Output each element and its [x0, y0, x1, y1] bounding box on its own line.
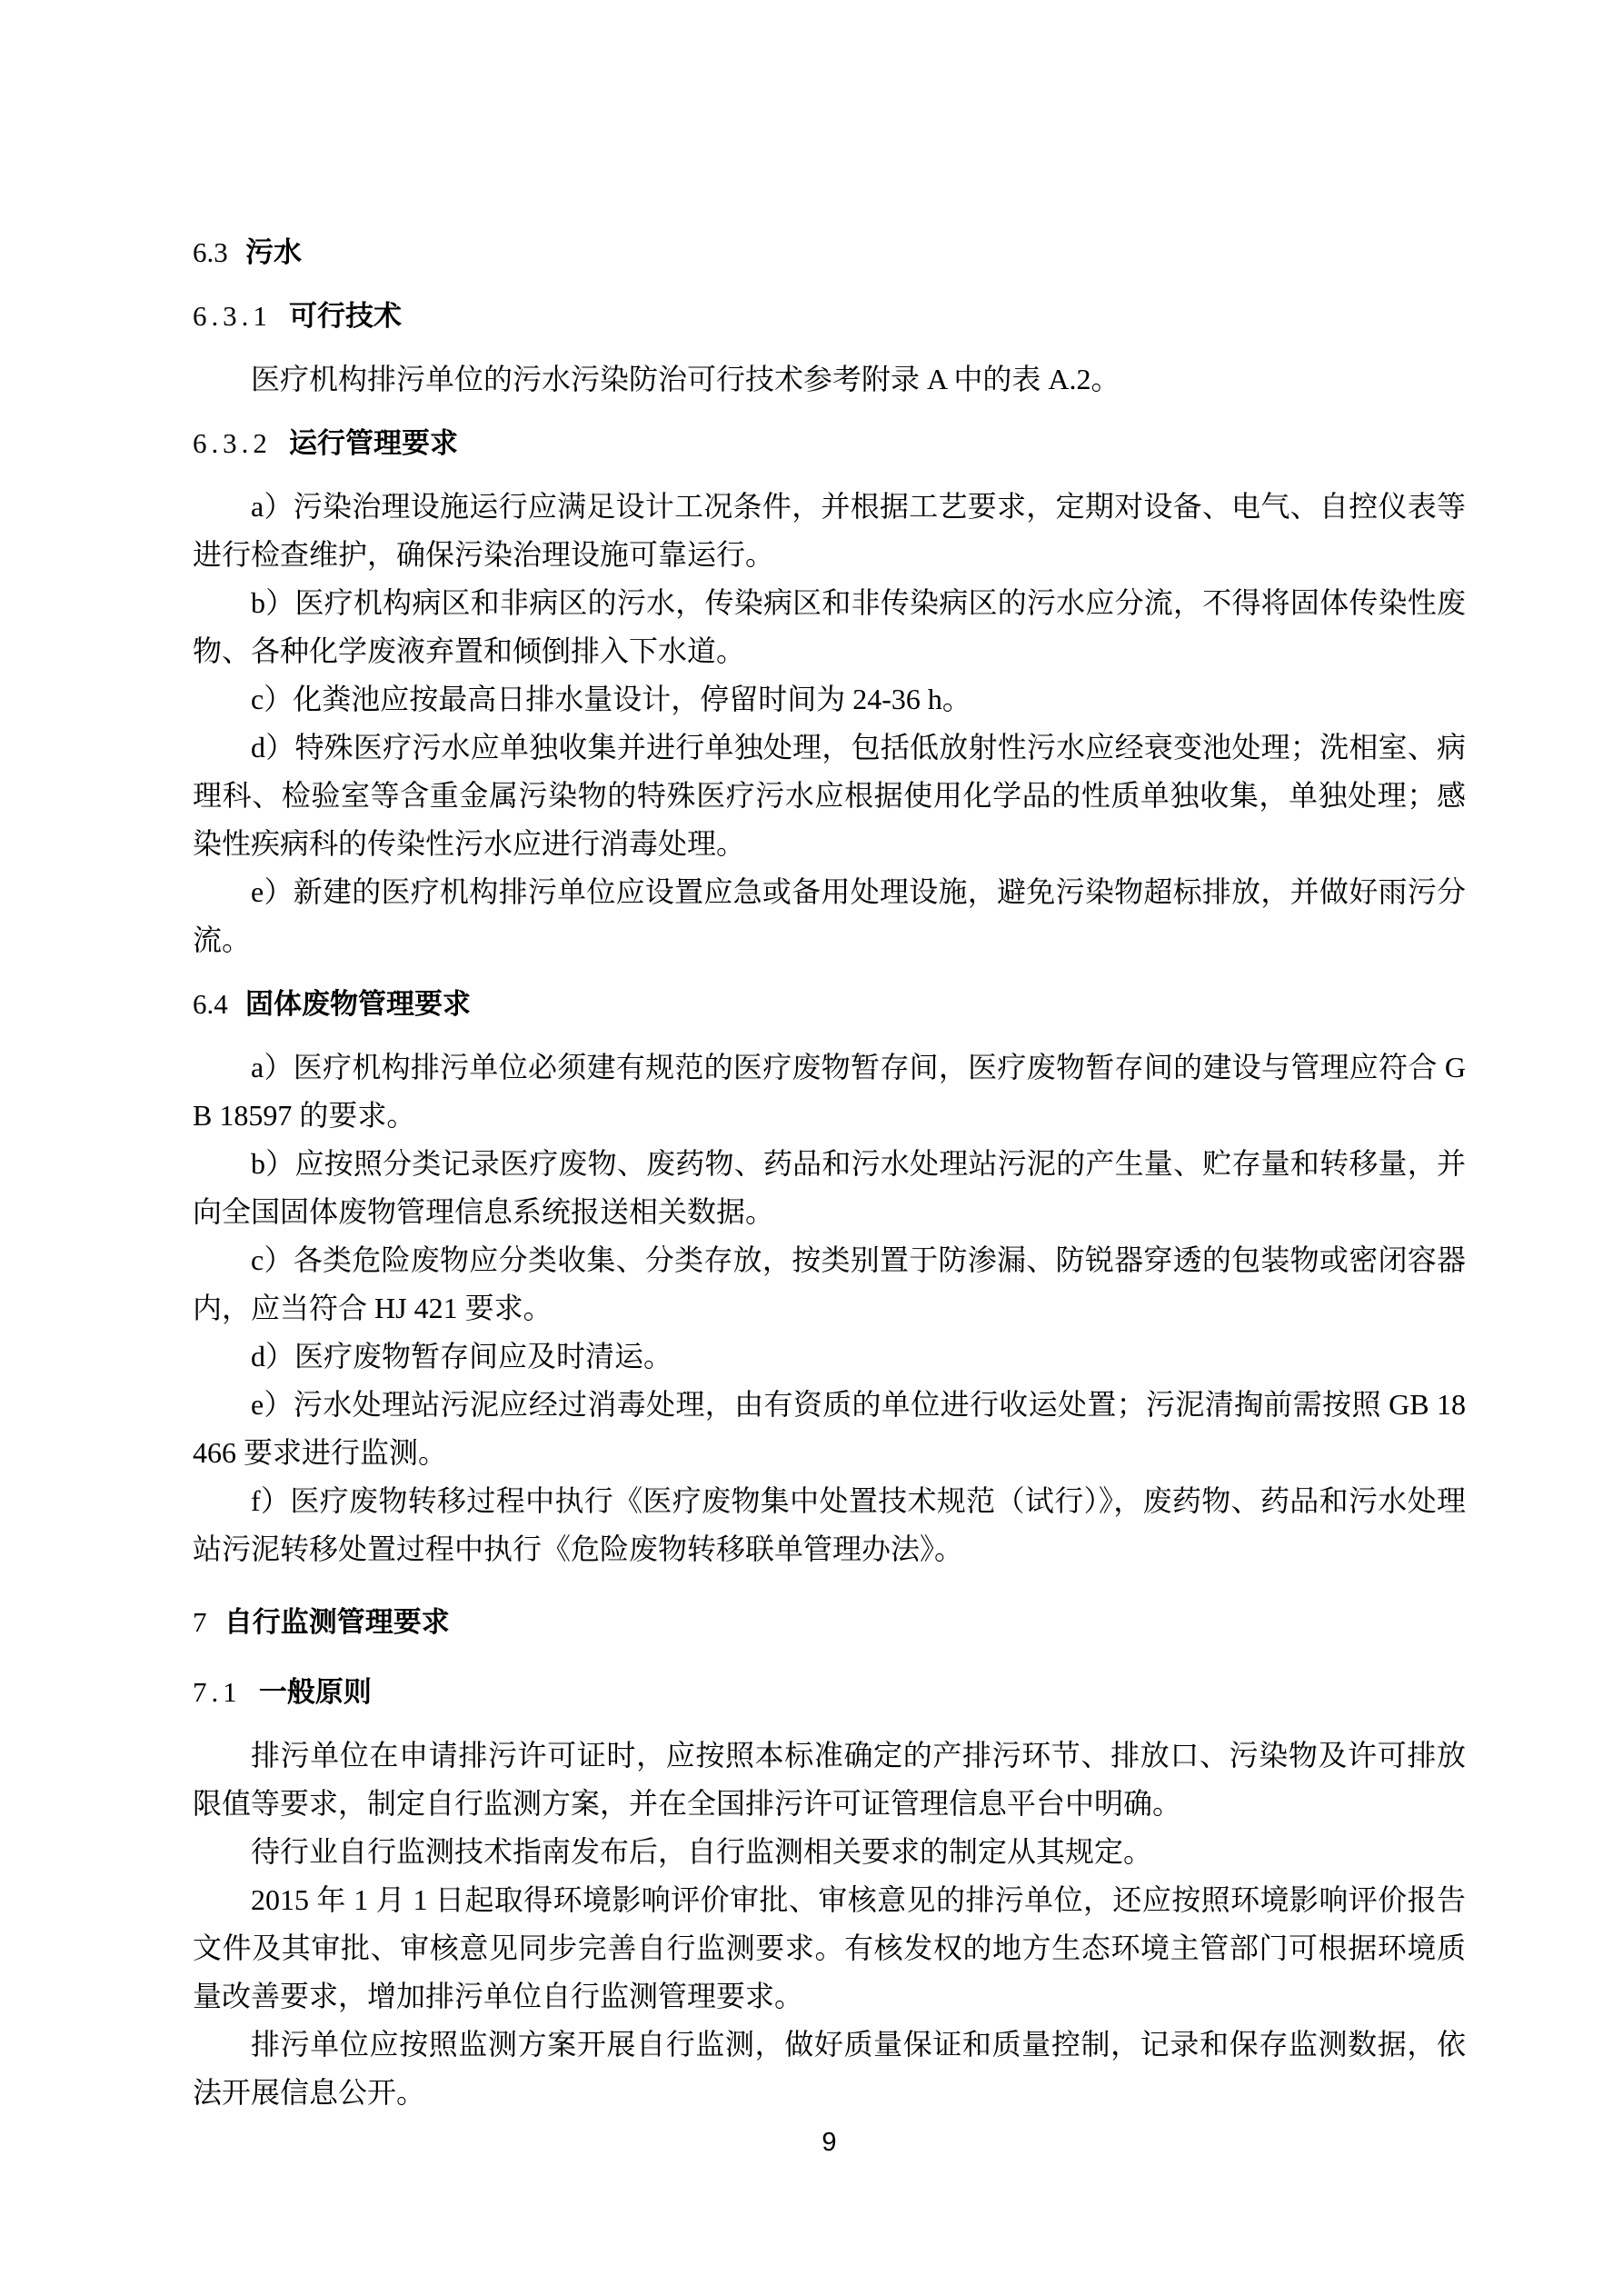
heading-7-number: 7 — [193, 1606, 207, 1638]
para-self-monitoring-plan: 排污单位在申请排污许可证时，应按照本标准确定的产排污环节、排放口、污染物及许可排… — [193, 1732, 1466, 1828]
page-number: 9 — [193, 2119, 1466, 2167]
list-item-6-3-2-b: b）医疗机构病区和非病区的污水，传染病区和非传染病区的污水应分流，不得将固体传染… — [193, 579, 1466, 675]
heading-6-3-1-title: 可行技术 — [289, 300, 402, 332]
heading-6-4: 6.4固体废物管理要求 — [193, 980, 1466, 1028]
document-page: 6.3污水 6.3.1可行技术 医疗机构排污单位的污水污染防治可行技术参考附录 … — [0, 0, 1623, 2296]
heading-6-3: 6.3污水 — [193, 228, 1466, 276]
heading-7-1-number: 7.1 — [193, 1676, 242, 1708]
list-item-6-4-f: f）医疗废物转移过程中执行《医疗废物集中处置技术规范（试行）》，废药物、药品和污… — [193, 1477, 1466, 1573]
list-item-6-4-a: a）医疗机构排污单位必须建有规范的医疗废物暂存间，医疗废物暂存间的建设与管理应符… — [193, 1043, 1466, 1140]
para-eia-requirements: 2015 年 1 月 1 日起取得环境影响评价审批、审核意见的排污单位，还应按照… — [193, 1876, 1466, 2021]
heading-6-3-2-title: 运行管理要求 — [289, 427, 458, 459]
heading-7-title: 自行监测管理要求 — [224, 1606, 450, 1638]
heading-6-4-number: 6.4 — [193, 988, 228, 1020]
heading-7-1-title: 一般原则 — [259, 1676, 372, 1708]
list-item-6-4-d: d）医疗废物暂存间应及时清运。 — [193, 1333, 1466, 1381]
list-item-6-4-c: c）各类危险废物应分类收集、分类存放，按类别置于防渗漏、防锐器穿透的包装物或密闭… — [193, 1236, 1466, 1333]
heading-6-3-2: 6.3.2运行管理要求 — [193, 419, 1466, 467]
heading-7-1: 7.1一般原则 — [193, 1668, 1466, 1716]
heading-6-3-1-number: 6.3.1 — [193, 300, 272, 332]
para-quality-control: 排污单位应按照监测方案开展自行监测，做好质量保证和质量控制，记录和保存监测数据，… — [193, 2021, 1466, 2117]
list-item-6-3-2-a: a）污染治理设施运行应满足设计工况条件，并根据工艺要求，定期对设备、电气、自控仪… — [193, 483, 1466, 579]
list-item-6-4-e: e）污水处理站污泥应经过消毒处理，由有资质的单位进行收运处置；污泥清掏前需按照 … — [193, 1381, 1466, 1477]
list-item-6-3-2-e: e）新建的医疗机构排污单位应设置应急或备用处理设施，避免污染物超标排放，并做好雨… — [193, 868, 1466, 964]
heading-6-3-title: 污水 — [245, 236, 302, 268]
heading-6-3-1: 6.3.1可行技术 — [193, 292, 1466, 340]
heading-6-3-number: 6.3 — [193, 236, 228, 268]
list-item-6-3-2-c: c）化粪池应按最高日排水量设计，停留时间为 24-36 h。 — [193, 675, 1466, 724]
para-industry-guideline: 待行业自行监测技术指南发布后，自行监测相关要求的制定从其规定。 — [193, 1828, 1466, 1876]
heading-7: 7自行监测管理要求 — [193, 1598, 1466, 1646]
heading-6-4-title: 固体废物管理要求 — [245, 988, 471, 1020]
list-item-6-3-2-d: d）特殊医疗污水应单独收集并进行单独处理，包括低放射性污水应经衰变池处理；洗相室… — [193, 724, 1466, 868]
heading-6-3-2-number: 6.3.2 — [193, 427, 272, 459]
para-feasible-technology: 医疗机构排污单位的污水污染防治可行技术参考附录 A 中的表 A.2。 — [193, 355, 1466, 404]
list-item-6-4-b: b）应按照分类记录医疗废物、废药物、药品和污水处理站污泥的产生量、贮存量和转移量… — [193, 1140, 1466, 1236]
